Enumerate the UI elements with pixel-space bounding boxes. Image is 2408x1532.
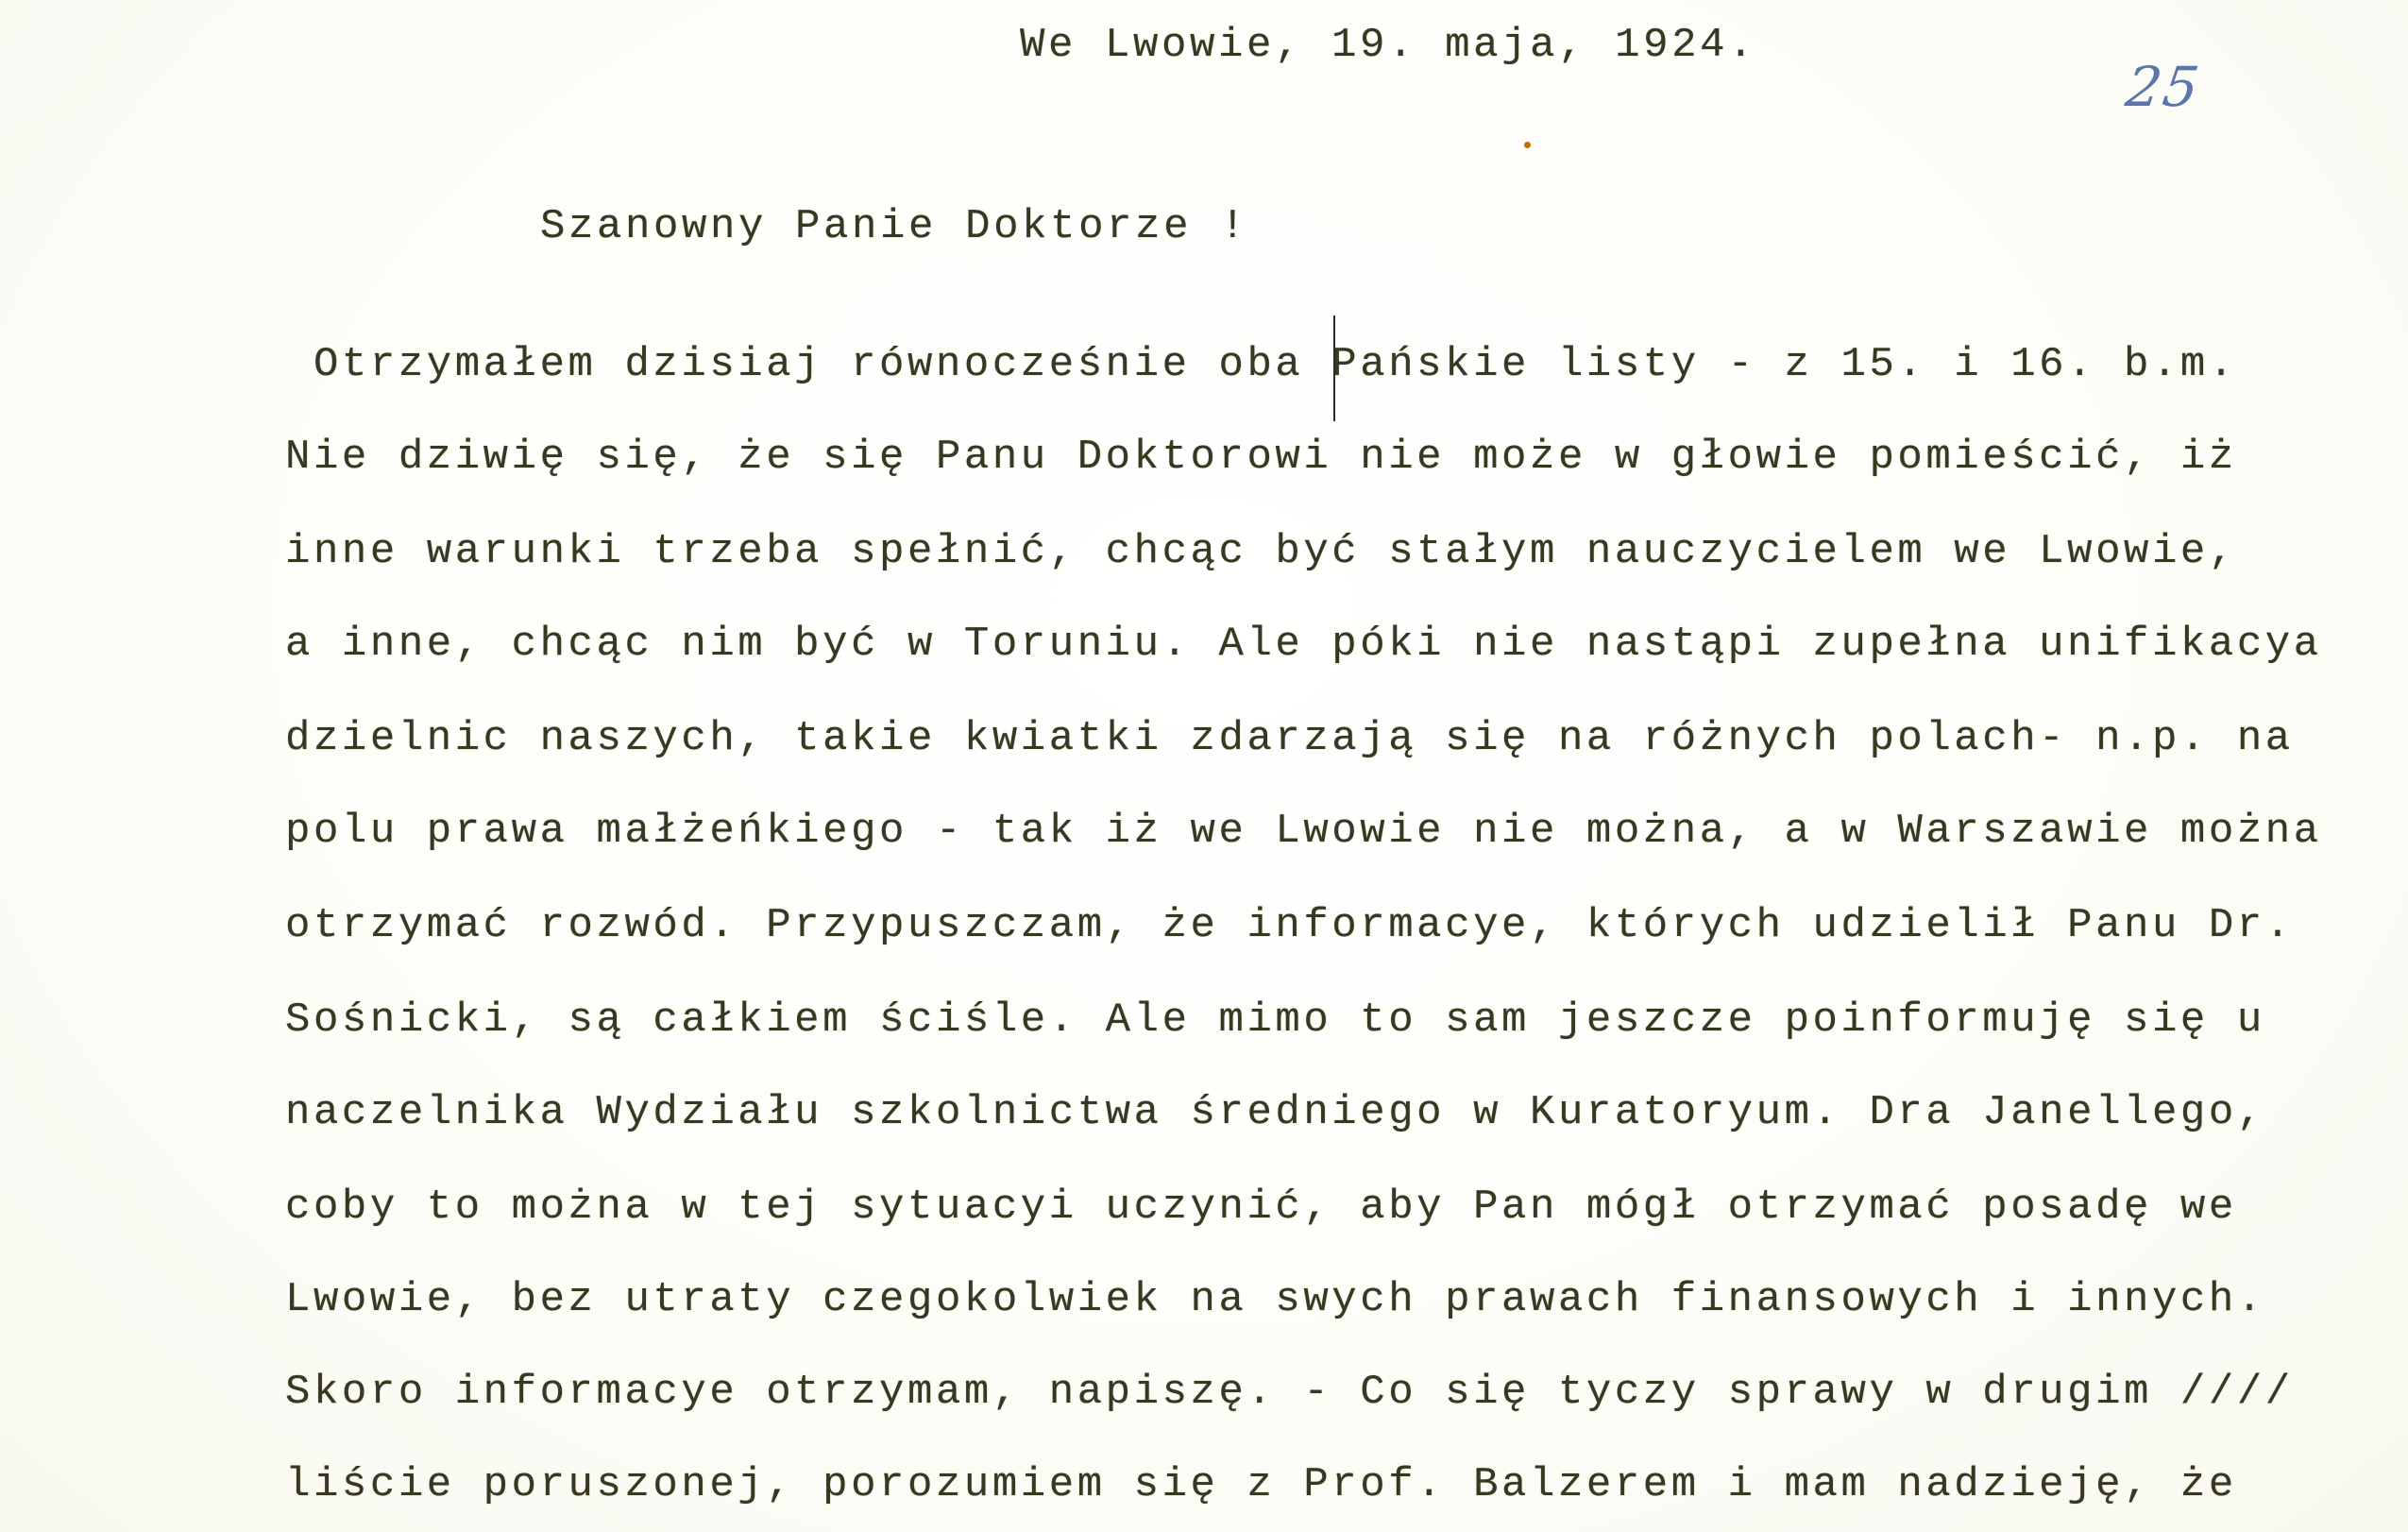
body-line: otrzymać rozwód. Przypuszczam, że inform… bbox=[285, 905, 2294, 946]
body-line: Skoro informacye otrzymam, napiszę. - Co… bbox=[285, 1371, 2294, 1413]
date-line: We Lwowie, 19. maja, 1924. bbox=[1020, 25, 1756, 66]
body-line: polu prawa małżeńkiego - tak iż we Lwowi… bbox=[285, 810, 2322, 852]
body-line: naczelnika Wydziału szkolnictwa średnieg… bbox=[285, 1092, 2265, 1133]
letter-page: We Lwowie, 19. maja, 1924. 25 Szanowny P… bbox=[0, 0, 2408, 1532]
salutation: Szanowny Panie Doktorze ! bbox=[540, 206, 1248, 247]
body-line: coby to można w tej sytuacyi uczynić, ab… bbox=[285, 1186, 2237, 1228]
body-line: dzielnic naszych, takie kwiatki zdarzają… bbox=[285, 718, 2294, 759]
body-line: Lwowie, bez utraty czegokolwiek na swych… bbox=[285, 1279, 2265, 1320]
ink-spot bbox=[1524, 142, 1531, 148]
body-line: inne warunki trzeba spełnić, chcąc być s… bbox=[285, 531, 2237, 572]
body-line: a inne, chcąc nim być w Toruniu. Ale pók… bbox=[285, 623, 2322, 665]
body-line: Nie dziwię się, że się Panu Doktorowi ni… bbox=[285, 436, 2237, 478]
handwritten-page-number: 25 bbox=[2122, 55, 2204, 119]
body-line: Otrzymałem dzisiaj równocześnie oba Pańs… bbox=[285, 344, 2237, 385]
body-line: Sośnicki, są całkiem ściśle. Ale mimo to… bbox=[285, 999, 2265, 1041]
body-line: liście poruszonej, porozumiem się z Prof… bbox=[285, 1464, 2237, 1506]
